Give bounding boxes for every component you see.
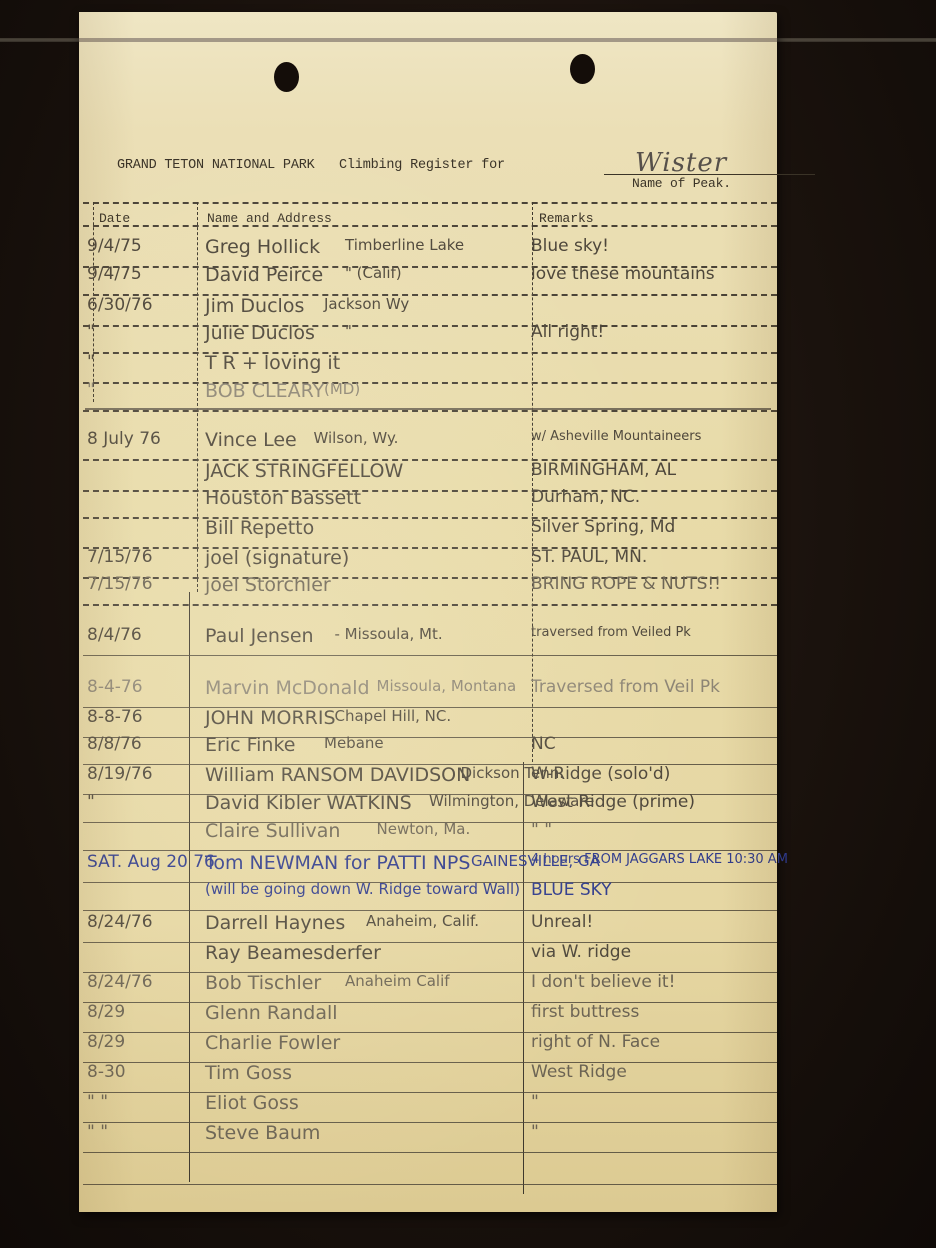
entry-name: (will be going down W. Ridge toward Wall… — [205, 880, 520, 898]
entry-name: Eric Finke — [205, 734, 295, 756]
register-row: 9/4/75David Peirce" (Calif)love these mo… — [79, 264, 777, 294]
entry-remarks: ST. PAUL, MN. — [531, 547, 647, 567]
register-row: "T R + loving it — [79, 352, 777, 382]
entry-remarks: love these mountains — [531, 264, 715, 284]
entry-address: Mebane — [324, 734, 384, 752]
entry-address: Anaheim, Calif. — [366, 912, 479, 930]
grid-line — [83, 225, 777, 227]
entry-address: " — [345, 322, 352, 340]
register-row: (will be going down W. Ridge toward Wall… — [79, 880, 777, 910]
entry-date: 8 July 76 — [87, 429, 161, 449]
register-row: 9/4/75Greg HollickTimberline LakeBlue sk… — [79, 236, 777, 266]
entry-name: JACK STRINGFELLOW — [205, 460, 403, 482]
entry-name: David Kibler WATKINS — [205, 792, 412, 814]
register-row: JACK STRINGFELLOWBIRMINGHAM, AL — [79, 460, 777, 490]
entry-remarks: w/ Asheville Mountaineers — [531, 429, 701, 444]
entry-date: 6/30/76 — [87, 295, 153, 315]
register-row: "BOB CLEARY(MD) — [79, 380, 777, 410]
entry-name: Eliot Goss — [205, 1092, 299, 1114]
entry-date: 8/4/76 — [87, 625, 142, 645]
column-header-name: Name and Address — [207, 211, 332, 226]
entry-name: JOHN MORRIS — [205, 707, 336, 729]
register-row: 8/29Charlie Fowlerright of N. Face — [79, 1032, 777, 1062]
climbing-register-sheet: GRAND TETON NATIONAL PARK Climbing Regis… — [79, 12, 777, 1212]
entry-remarks: " " — [531, 820, 552, 840]
register-row: Claire SullivanNewton, Ma." " — [79, 820, 777, 850]
register-row: 6/30/76Jim DuclosJackson Wy — [79, 295, 777, 325]
entry-name: Tom NEWMAN for PATTI NPS — [205, 852, 470, 874]
entry-address: " (Calif) — [345, 264, 402, 282]
entry-remarks: All right! — [531, 322, 604, 342]
ruled-line — [83, 910, 777, 911]
entry-name: Paul Jensen — [205, 625, 314, 647]
entry-remarks: BRING ROPE & NUTS!! — [531, 574, 721, 594]
register-row: Houston BassettDurham, NC. — [79, 487, 777, 517]
entry-date: 7/15/76 — [87, 547, 153, 567]
entry-date: 9/4/75 — [87, 236, 142, 256]
entry-remarks: W-Ridge (solo'd) — [531, 764, 670, 784]
entry-address: Missoula, Montana — [377, 677, 517, 695]
entry-name: Marvin McDonald — [205, 677, 370, 699]
entry-date: 9/4/75 — [87, 264, 142, 284]
entry-name: Greg Hollick — [205, 236, 320, 258]
entry-date: 8/8/76 — [87, 734, 142, 754]
entry-remarks: Traversed from Veil Pk — [531, 677, 720, 697]
entry-remarks: Durham, NC. — [531, 487, 640, 507]
entry-remarks: BLUE SKY — [531, 880, 612, 900]
entry-name: Vince Lee — [205, 429, 297, 451]
entry-date: 8-4-76 — [87, 677, 143, 697]
entry-date: 8-30 — [87, 1062, 126, 1082]
entry-remarks: via W. ridge — [531, 942, 631, 962]
entry-remarks: traversed from Veiled Pk — [531, 625, 691, 640]
register-row: 8/24/76Bob TischlerAnaheim CalifI don't … — [79, 972, 777, 1002]
entry-remarks: West Ridge — [531, 1062, 627, 1082]
entry-name: Tim Goss — [205, 1062, 292, 1084]
entry-remarks: BIRMINGHAM, AL — [531, 460, 676, 480]
entry-date: SAT. Aug 20 76 — [87, 852, 215, 872]
entry-address: Jackson Wy — [324, 295, 409, 313]
register-row: "David Kibler WATKINSWilmington, Delawar… — [79, 792, 777, 822]
entry-address: Anaheim Calif — [345, 972, 450, 990]
register-row: 8/29Glenn Randallfirst buttress — [79, 1002, 777, 1032]
entry-remarks: " — [531, 1122, 539, 1142]
entry-name: Claire Sullivan — [205, 820, 340, 842]
register-row: 8/24/76Darrell HaynesAnaheim, Calif.Unre… — [79, 912, 777, 942]
register-row: " "Eliot Goss" — [79, 1092, 777, 1122]
ruled-line — [83, 850, 777, 851]
entry-remarks: Unreal! — [531, 912, 593, 932]
entry-date: " " — [87, 1092, 108, 1112]
register-row: 7/15/76joel StorchlerBRING ROPE & NUTS!! — [79, 574, 777, 604]
entry-remarks: " — [531, 1092, 539, 1112]
entry-remarks: Blue sky! — [531, 236, 609, 256]
register-row: 8 July 76Vince LeeWilson, Wy.w/ Ashevill… — [79, 429, 777, 459]
entry-remarks: right of N. Face — [531, 1032, 660, 1052]
entry-date: 8/19/76 — [87, 764, 153, 784]
entry-name: Bill Repetto — [205, 517, 314, 539]
entry-name: joel Storchler — [205, 574, 331, 596]
entry-date: 8/29 — [87, 1032, 125, 1052]
ruled-line — [83, 410, 777, 412]
entry-name: Steve Baum — [205, 1122, 320, 1144]
register-row: 7/15/76joel (signature)ST. PAUL, MN. — [79, 547, 777, 577]
register-row: Bill RepettoSilver Spring, Md — [79, 517, 777, 547]
register-row: 8-4-76Marvin McDonaldMissoula, MontanaTr… — [79, 677, 777, 707]
entry-date: " — [87, 352, 95, 372]
entry-name: William RANSOM DAVIDSON — [205, 764, 470, 786]
entry-date: " — [87, 792, 95, 812]
entry-date: 8/29 — [87, 1002, 125, 1022]
entry-name: Houston Bassett — [205, 487, 361, 509]
register-row: 8/8/76Eric FinkeMebaneNC — [79, 734, 777, 764]
entry-address: Newton, Ma. — [377, 820, 471, 838]
entry-remarks: Silver Spring, Md — [531, 517, 675, 537]
column-header-remarks: Remarks — [539, 211, 594, 226]
entry-remarks: West Ridge (prime) — [531, 792, 695, 812]
ruled-line — [83, 604, 777, 606]
entry-remarks: 4 hours FROM JAGGARS LAKE 10:30 AM — [531, 852, 788, 867]
entry-date: 7/15/76 — [87, 574, 153, 594]
entry-date: " — [87, 380, 95, 400]
entry-name: Charlie Fowler — [205, 1032, 340, 1054]
entry-name: Bob Tischler — [205, 972, 321, 994]
entry-name: T R + loving it — [205, 352, 340, 374]
grid-line — [83, 202, 777, 204]
entry-name: Jim Duclos — [205, 295, 304, 317]
register-row: SAT. Aug 20 76Tom NEWMAN for PATTI NPSGA… — [79, 852, 777, 882]
ruled-line — [83, 1184, 777, 1185]
entry-name: Darrell Haynes — [205, 912, 345, 934]
entry-address: Wilson, Wy. — [314, 429, 399, 447]
entry-date: 8/24/76 — [87, 912, 153, 932]
ruled-line — [83, 1152, 777, 1153]
entry-name: joel (signature) — [205, 547, 349, 569]
entry-remarks: first buttress — [531, 1002, 639, 1022]
entry-name: Ray Beamesderfer — [205, 942, 381, 964]
entry-address: (MD) — [324, 380, 360, 398]
entry-address: Timberline Lake — [345, 236, 464, 254]
entry-remarks: I don't believe it! — [531, 972, 675, 992]
entry-date: " " — [87, 1122, 108, 1142]
column-header-date: Date — [99, 211, 130, 226]
register-row: Ray Beamesderfervia W. ridge — [79, 942, 777, 972]
entry-remarks: NC — [531, 734, 556, 754]
entry-name: Julie Duclos — [205, 322, 315, 344]
entry-name: BOB CLEARY — [205, 380, 324, 402]
register-row: "Julie Duclos"All right! — [79, 322, 777, 352]
entry-date: 8-8-76 — [87, 707, 143, 727]
ruled-line — [83, 655, 777, 656]
register-row: " "Steve Baum" — [79, 1122, 777, 1152]
entry-address: - Missoula, Mt. — [335, 625, 443, 643]
register-row: 8-8-76JOHN MORRISChapel Hill, NC. — [79, 707, 777, 737]
register-row: 8-30Tim GossWest Ridge — [79, 1062, 777, 1092]
register-row: 8/19/76William RANSOM DAVIDSONDickson Te… — [79, 764, 777, 794]
entry-name: David Peirce — [205, 264, 323, 286]
entry-date: " — [87, 322, 95, 342]
register-row: 8/4/76Paul Jensen- Missoula, Mt.traverse… — [79, 625, 777, 655]
entry-address: Chapel Hill, NC. — [335, 707, 452, 725]
entry-name: Glenn Randall — [205, 1002, 338, 1024]
entry-date: 8/24/76 — [87, 972, 153, 992]
